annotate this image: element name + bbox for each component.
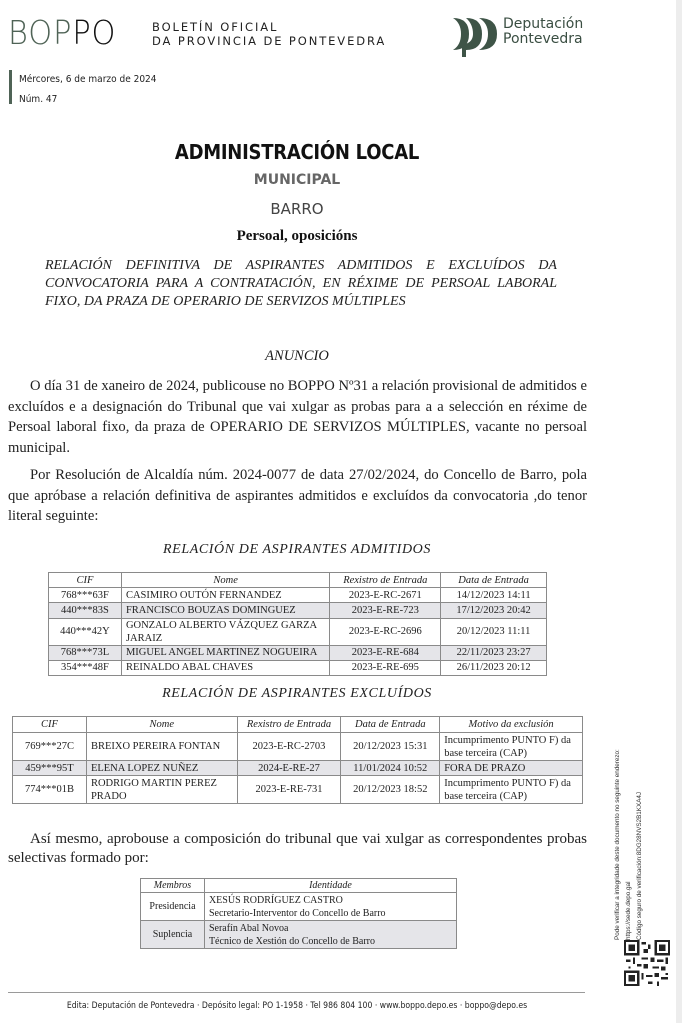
- issue-number: Núm. 47: [19, 90, 157, 110]
- bulletin-title: BOLETÍN OFICIAL DA PROVINCIA DE PONTEVED…: [152, 20, 386, 48]
- col-rexistro: Rexistro de Entrada: [237, 717, 341, 733]
- cell-cif: 440***42Y: [49, 618, 122, 645]
- footer-divider: [8, 992, 585, 993]
- cell-cif: 459***95T: [13, 761, 87, 776]
- member-name: Serafín Abal Novoa: [209, 922, 452, 935]
- admitted-table: CIF Nome Rexistro de Entrada Data de Ent…: [48, 572, 547, 676]
- cell-nome: FRANCISCO BOUZAS DOMINGUEZ: [121, 603, 329, 618]
- verification-line1: Pode verificar a integridade deste docum…: [612, 700, 623, 940]
- cell-nome: REINALDO ABAL CHAVES: [121, 660, 329, 675]
- issue-info: Mércores, 6 de marzo de 2024 Núm. 47: [19, 70, 157, 110]
- scrollbar[interactable]: [676, 0, 682, 1023]
- paragraph-2: Por Resolución de Alcaldía núm. 2024-007…: [8, 465, 587, 527]
- col-nome: Nome: [86, 717, 237, 733]
- col-cif: CIF: [49, 573, 122, 588]
- boppo-logo: BOPPO: [8, 14, 116, 52]
- cell-nome: RODRIGO MARTIN PEREZ PRADO: [86, 776, 237, 804]
- table-row: 440***83SFRANCISCO BOUZAS DOMINGUEZ2023-…: [49, 603, 547, 618]
- dep-line2: Pontevedra: [503, 32, 583, 47]
- table-row: PresidenciaXESÚS RODRÍGUEZ CASTROSecreta…: [141, 893, 457, 921]
- verification-text: Pode verificar a integridade deste docum…: [612, 700, 645, 940]
- cell-data: 26/11/2023 20:12: [441, 660, 547, 675]
- section-title: ADMINISTRACIÓN LOCAL: [30, 140, 565, 164]
- cell-data: 14/12/2023 14:11: [441, 588, 547, 603]
- table-row: 354***48FREINALDO ABAL CHAVES2023-E-RE-6…: [49, 660, 547, 675]
- cell-role: Presidencia: [141, 893, 205, 921]
- relation-title: RELACIÓN DEFINITIVA DE ASPIRANTES ADMITI…: [45, 257, 557, 311]
- col-cif: CIF: [13, 717, 87, 733]
- table-row: SuplenciaSerafín Abal NovoaTécnico de Xe…: [141, 921, 457, 949]
- col-motivo: Motivo da exclusión: [440, 717, 583, 733]
- announcement-heading: ANUNCIO: [0, 348, 594, 365]
- table-row: 769***27CBREIXO PEREIRA FONTAN2023-E-RC-…: [13, 733, 583, 761]
- col-identidade: Identidade: [204, 879, 456, 893]
- cell-data: 11/01/2024 10:52: [341, 761, 440, 776]
- logo-part2: PO: [72, 13, 116, 52]
- qr-code-icon: [624, 940, 670, 986]
- table-row: 440***42YGONZALO ALBERTO VÁZQUEZ GARZA J…: [49, 618, 547, 645]
- cell-data: 17/12/2023 20:42: [441, 603, 547, 618]
- issue-date: Mércores, 6 de marzo de 2024: [19, 70, 157, 90]
- cell-cif: 769***27C: [13, 733, 87, 761]
- excluded-heading: RELACIÓN DE ASPIRANTES EXCLUÍDOS: [0, 686, 594, 702]
- cell-identity: Serafín Abal NovoaTécnico de Xestión do …: [204, 921, 456, 949]
- paragraph-3: Así mesmo, aprobouse a composición do tr…: [8, 830, 587, 868]
- member-position: Secretario-Interventor do Concello de Ba…: [209, 907, 452, 920]
- dep-line1: Deputación: [503, 17, 583, 32]
- cell-rexistro: 2024-E-RE-27: [237, 761, 341, 776]
- cell-data: 20/12/2023 15:31: [341, 733, 440, 761]
- logo-part1: BOP: [8, 13, 72, 52]
- member-position: Técnico de Xestión do Concello de Barro: [209, 935, 452, 948]
- cell-rexistro: 2023-E-RC-2671: [330, 588, 441, 603]
- cell-cif: 774***01B: [13, 776, 87, 804]
- municipality: BARRO: [0, 200, 594, 218]
- cell-role: Suplencia: [141, 921, 205, 949]
- member-name: XESÚS RODRÍGUEZ CASTRO: [209, 894, 452, 907]
- cell-nome: GONZALO ALBERTO VÁZQUEZ GARZA JARAIZ: [121, 618, 329, 645]
- cell-data: 20/12/2023 18:52: [341, 776, 440, 804]
- admitted-heading: RELACIÓN DE ASPIRANTES ADMITIDOS: [0, 542, 594, 558]
- col-rexistro: Rexistro de Entrada: [330, 573, 441, 588]
- table-row: 774***01BRODRIGO MARTIN PEREZ PRADO2023-…: [13, 776, 583, 804]
- paragraph-1: O día 31 de xaneiro de 2024, publicouse …: [8, 376, 587, 458]
- cell-identity: XESÚS RODRÍGUEZ CASTROSecretario-Interve…: [204, 893, 456, 921]
- cell-cif: 768***63F: [49, 588, 122, 603]
- table-row: 768***63FCASIMIRO OUTÓN FERNANDEZ2023-E-…: [49, 588, 547, 603]
- date-accent-bar: [9, 70, 12, 104]
- cell-data: 20/12/2023 11:11: [441, 618, 547, 645]
- cell-cif: 768***73L: [49, 645, 122, 660]
- cell-motivo: Incumprimento PUNTO F) da base terceira …: [440, 733, 583, 761]
- cell-rexistro: 2023-E-RE-723: [330, 603, 441, 618]
- col-data: Data de Entrada: [341, 717, 440, 733]
- cell-cif: 354***48F: [49, 660, 122, 675]
- cell-data: 22/11/2023 23:27: [441, 645, 547, 660]
- footer-text: Edita: Deputación de Pontevedra · Depósi…: [30, 1001, 565, 1011]
- cell-motivo: FORA DE PRAZO: [440, 761, 583, 776]
- cell-nome: MIGUEL ANGEL MARTINEZ NOGUEIRA: [121, 645, 329, 660]
- table-row: 768***73LMIGUEL ANGEL MARTINEZ NOGUEIRA2…: [49, 645, 547, 660]
- col-membros: Membros: [141, 879, 205, 893]
- cell-rexistro: 2023-E-RE-684: [330, 645, 441, 660]
- bulletin-line1: BOLETÍN OFICIAL: [152, 20, 386, 34]
- tribunal-table: Membros Identidade PresidenciaXESÚS RODR…: [140, 878, 457, 949]
- cell-rexistro: 2023-E-RE-731: [237, 776, 341, 804]
- cell-rexistro: 2023-E-RE-695: [330, 660, 441, 675]
- verification-code: Código seguro de verificación:8DG28NVS2B…: [634, 700, 645, 940]
- cell-cif: 440***83S: [49, 603, 122, 618]
- deputacion-name: Deputación Pontevedra: [503, 17, 583, 47]
- cell-motivo: Incumprimento PUNTO F) da base terceira …: [440, 776, 583, 804]
- cell-nome: CASIMIRO OUTÓN FERNANDEZ: [121, 588, 329, 603]
- excluded-table: CIF Nome Rexistro de Entrada Data de Ent…: [12, 716, 583, 804]
- verification-url[interactable]: https://sede.depo.gal: [623, 700, 634, 940]
- category: Persoal, oposicións: [0, 228, 594, 245]
- col-data: Data de Entrada: [441, 573, 547, 588]
- cell-rexistro: 2023-E-RC-2703: [237, 733, 341, 761]
- bulletin-line2: DA PROVINCIA DE PONTEVEDRA: [152, 34, 386, 48]
- cell-nome: BREIXO PEREIRA FONTAN: [86, 733, 237, 761]
- col-nome: Nome: [121, 573, 329, 588]
- table-row: 459***95TELENA LOPEZ NUÑEZ2024-E-RE-2711…: [13, 761, 583, 776]
- cell-nome: ELENA LOPEZ NUÑEZ: [86, 761, 237, 776]
- deputacion-logo-icon: [451, 15, 499, 57]
- cell-rexistro: 2023-E-RC-2696: [330, 618, 441, 645]
- section-subtitle: MUNICIPAL: [0, 172, 594, 188]
